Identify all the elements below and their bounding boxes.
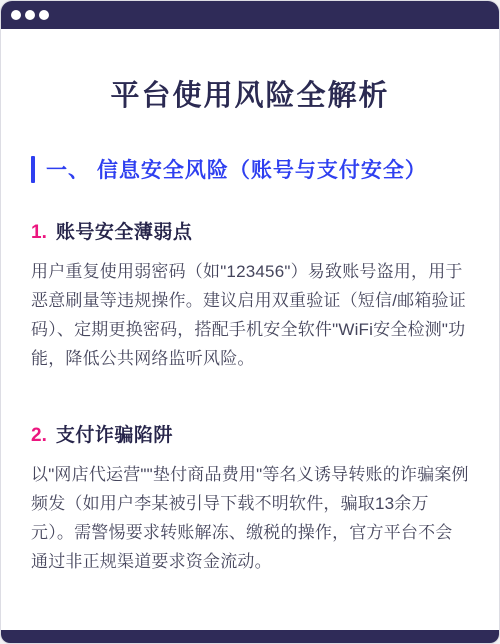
- risk-item-1-number: 1.: [31, 222, 47, 244]
- risk-item-2-number: 2.: [31, 425, 47, 447]
- risk-item-1-body: 用户重复使用弱密码（如"123456"）易致账号盗用，用于恶意刷量等违规操作。建…: [31, 257, 469, 373]
- section-header-text: 一、 信息安全风险（账号与支付安全）: [46, 154, 427, 184]
- section-header: 一、 信息安全风险（账号与支付安全）: [31, 154, 469, 184]
- risk-item-2-title: 支付诈骗陷阱: [56, 420, 173, 447]
- section-accent-bar: [31, 156, 35, 183]
- window-card: 平台使用风险全解析 一、 信息安全风险（账号与支付安全） 1. 账号安全薄弱点 …: [0, 0, 500, 644]
- risk-item-1-title: 账号安全薄弱点: [56, 217, 193, 244]
- risk-item-1: 1. 账号安全薄弱点 用户重复使用弱密码（如"123456"）易致账号盗用，用于…: [31, 217, 469, 373]
- window-dot-icon: [25, 10, 35, 20]
- risk-item-2-heading: 2. 支付诈骗陷阱: [31, 420, 469, 447]
- window-titlebar: [1, 1, 499, 29]
- risk-item-1-heading: 1. 账号安全薄弱点: [31, 217, 469, 244]
- page-title: 平台使用风险全解析: [31, 73, 469, 114]
- risk-item-2: 2. 支付诈骗陷阱 以"网店代运营""垫付商品费用"等名义诱导转账的诈骗案例频发…: [31, 420, 469, 576]
- window-bottombar: [1, 630, 499, 643]
- card-content: 平台使用风险全解析 一、 信息安全风险（账号与支付安全） 1. 账号安全薄弱点 …: [1, 29, 499, 630]
- window-controls: [11, 10, 49, 20]
- window-dot-icon: [39, 10, 49, 20]
- window-dot-icon: [11, 10, 21, 20]
- risk-item-2-body: 以"网店代运营""垫付商品费用"等名义诱导转账的诈骗案例频发（如用户李某被引导下…: [31, 460, 469, 576]
